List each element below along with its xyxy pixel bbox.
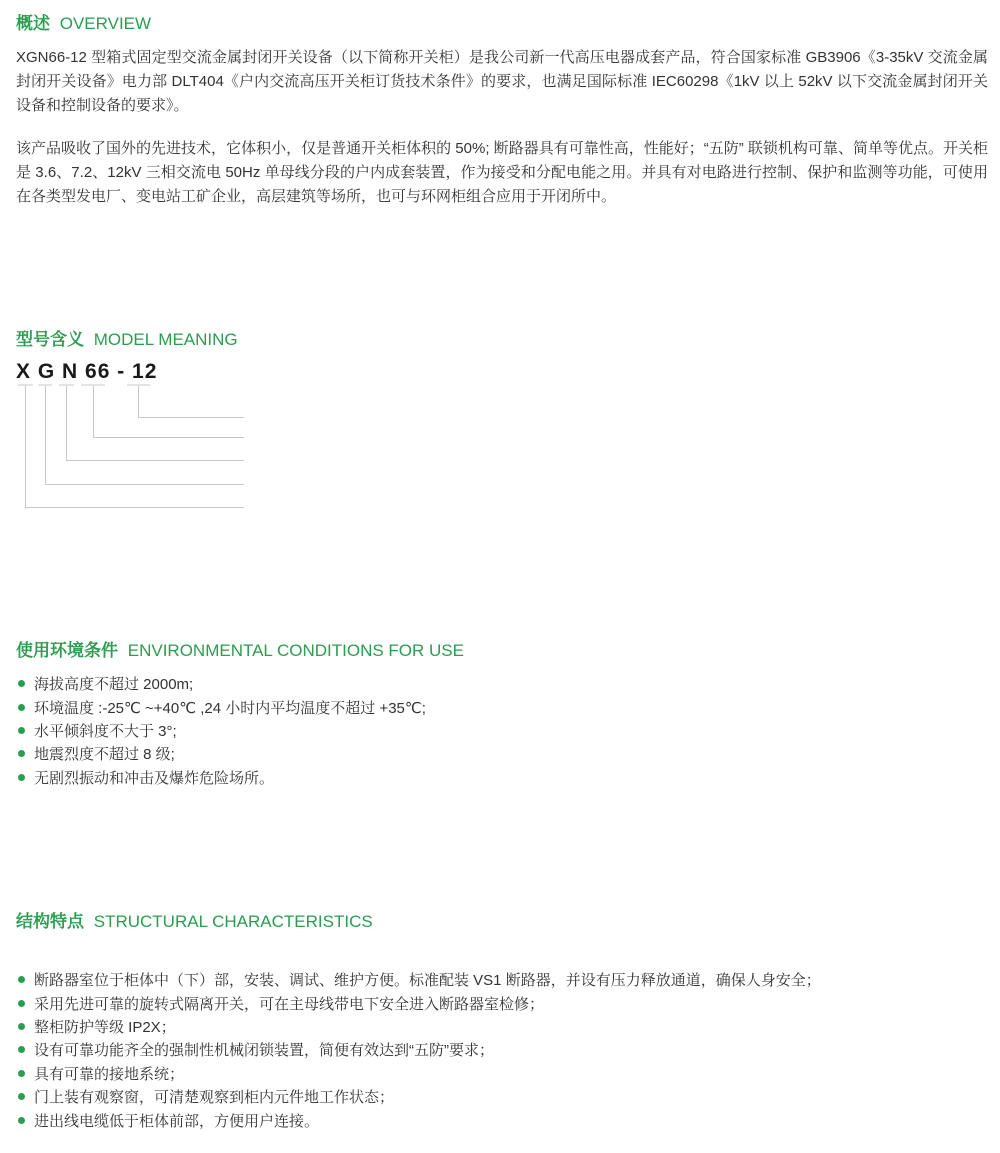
overview-heading-zh: 概述	[16, 14, 50, 33]
list-item-text: 断路器室位于柜体中（下）部，安装、调试、维护方便。标准配装 VS1 断路器，并设…	[34, 969, 821, 990]
list-item: 采用先进可靠的旋转式隔离开关，可在主母线带电下安全进入断路器室检修；	[16, 991, 988, 1014]
model-segment-labels	[16, 384, 756, 519]
bullet-icon	[18, 727, 25, 734]
list-item-text: 水平倾斜度不大于 3°;	[34, 720, 177, 741]
list-item: 海拔高度不超过 2000m;	[16, 672, 988, 695]
environmental-heading: 使用环境条件 ENVIRONMENTAL CONDITIONS FOR USE	[16, 641, 464, 661]
catalog-page: 概述 OVERVIEW XGN66-12 型箱式固定型交流金属封闭开关设备（以下…	[0, 0, 1000, 1153]
list-item: 地震烈度不超过 8 级;	[16, 742, 988, 765]
bullet-icon	[18, 750, 25, 757]
list-item-text: 地震烈度不超过 8 级;	[34, 743, 175, 764]
model-code-diagram	[16, 384, 756, 519]
environmental-conditions-list: 海拔高度不超过 2000m; 环境温度 :-25℃ ~+40℃ ,24 小时内平…	[16, 672, 988, 789]
list-item: 环境温度 :-25℃ ~+40℃ ,24 小时内平均温度不超过 +35℃;	[16, 695, 988, 718]
list-item: 断路器室位于柜体中（下）部，安装、调试、维护方便。标准配装 VS1 断路器，并设…	[16, 968, 988, 991]
model-meaning-heading: 型号含义 MODEL MEANING	[16, 330, 238, 350]
environmental-heading-zh: 使用环境条件	[16, 641, 118, 660]
list-item: 水平倾斜度不大于 3°;	[16, 719, 988, 742]
list-item: 整柜防护等级 IP2X；	[16, 1015, 988, 1038]
bullet-icon	[18, 1093, 25, 1100]
list-item: 门上装有观察窗，可清楚观察到柜内元件地工作状态；	[16, 1085, 988, 1108]
model-meaning-heading-en: MODEL MEANING	[94, 330, 238, 349]
list-item-text: 海拔高度不超过 2000m;	[34, 673, 193, 694]
model-meaning-heading-zh: 型号含义	[16, 330, 84, 349]
list-item-text: 门上装有观察窗，可清楚观察到柜内元件地工作状态；	[34, 1086, 394, 1107]
structural-heading-zh: 结构特点	[16, 912, 84, 931]
list-item-text: 无剧烈振动和冲击及爆炸危险场所。	[34, 767, 274, 788]
bullet-icon	[18, 976, 25, 983]
list-item-text: 采用先进可靠的旋转式隔离开关，可在主母线带电下安全进入断路器室检修；	[34, 993, 544, 1014]
structural-heading: 结构特点 STRUCTURAL CHARACTERISTICS	[16, 912, 373, 932]
list-item-text: 环境温度 :-25℃ ~+40℃ ,24 小时内平均温度不超过 +35℃;	[34, 697, 426, 718]
list-item-text: 设有可靠功能齐全的强制性机械闭锁装置，简便有效达到“五防”要求；	[34, 1039, 494, 1060]
overview-paragraph-2: 该产品吸收了国外的先进技术，它体积小，仅是普通开关柜体积的 50%; 断路器具有…	[16, 137, 988, 209]
bullet-icon	[18, 1117, 25, 1124]
list-item-text: 具有可靠的接地系统；	[34, 1063, 184, 1084]
overview-heading: 概述 OVERVIEW	[16, 14, 151, 34]
structural-heading-en: STRUCTURAL CHARACTERISTICS	[94, 912, 373, 931]
list-item: 无剧烈振动和冲击及爆炸危险场所。	[16, 766, 988, 789]
overview-heading-en: OVERVIEW	[60, 14, 151, 33]
bullet-icon	[18, 1046, 25, 1053]
list-item-text: 进出线电缆低于柜体前部，方便用户连接。	[34, 1110, 319, 1131]
bullet-icon	[18, 1070, 25, 1077]
bullet-icon	[18, 680, 25, 687]
model-code: X G N 66 - 12	[16, 360, 157, 384]
list-item-text: 整柜防护等级 IP2X；	[34, 1016, 176, 1037]
bullet-icon	[18, 1000, 25, 1007]
list-item: 具有可靠的接地系统；	[16, 1062, 988, 1085]
bullet-icon	[18, 1023, 25, 1030]
overview-paragraph-1: XGN66-12 型箱式固定型交流金属封闭开关设备（以下简称开关柜）是我公司新一…	[16, 46, 988, 118]
bullet-icon	[18, 774, 25, 781]
environmental-heading-en: ENVIRONMENTAL CONDITIONS FOR USE	[128, 641, 464, 660]
structural-characteristics-list: 断路器室位于柜体中（下）部，安装、调试、维护方便。标准配装 VS1 断路器，并设…	[16, 968, 988, 1132]
bullet-icon	[18, 704, 25, 711]
list-item: 设有可靠功能齐全的强制性机械闭锁装置，简便有效达到“五防”要求；	[16, 1038, 988, 1061]
list-item: 进出线电缆低于柜体前部，方便用户连接。	[16, 1108, 988, 1131]
